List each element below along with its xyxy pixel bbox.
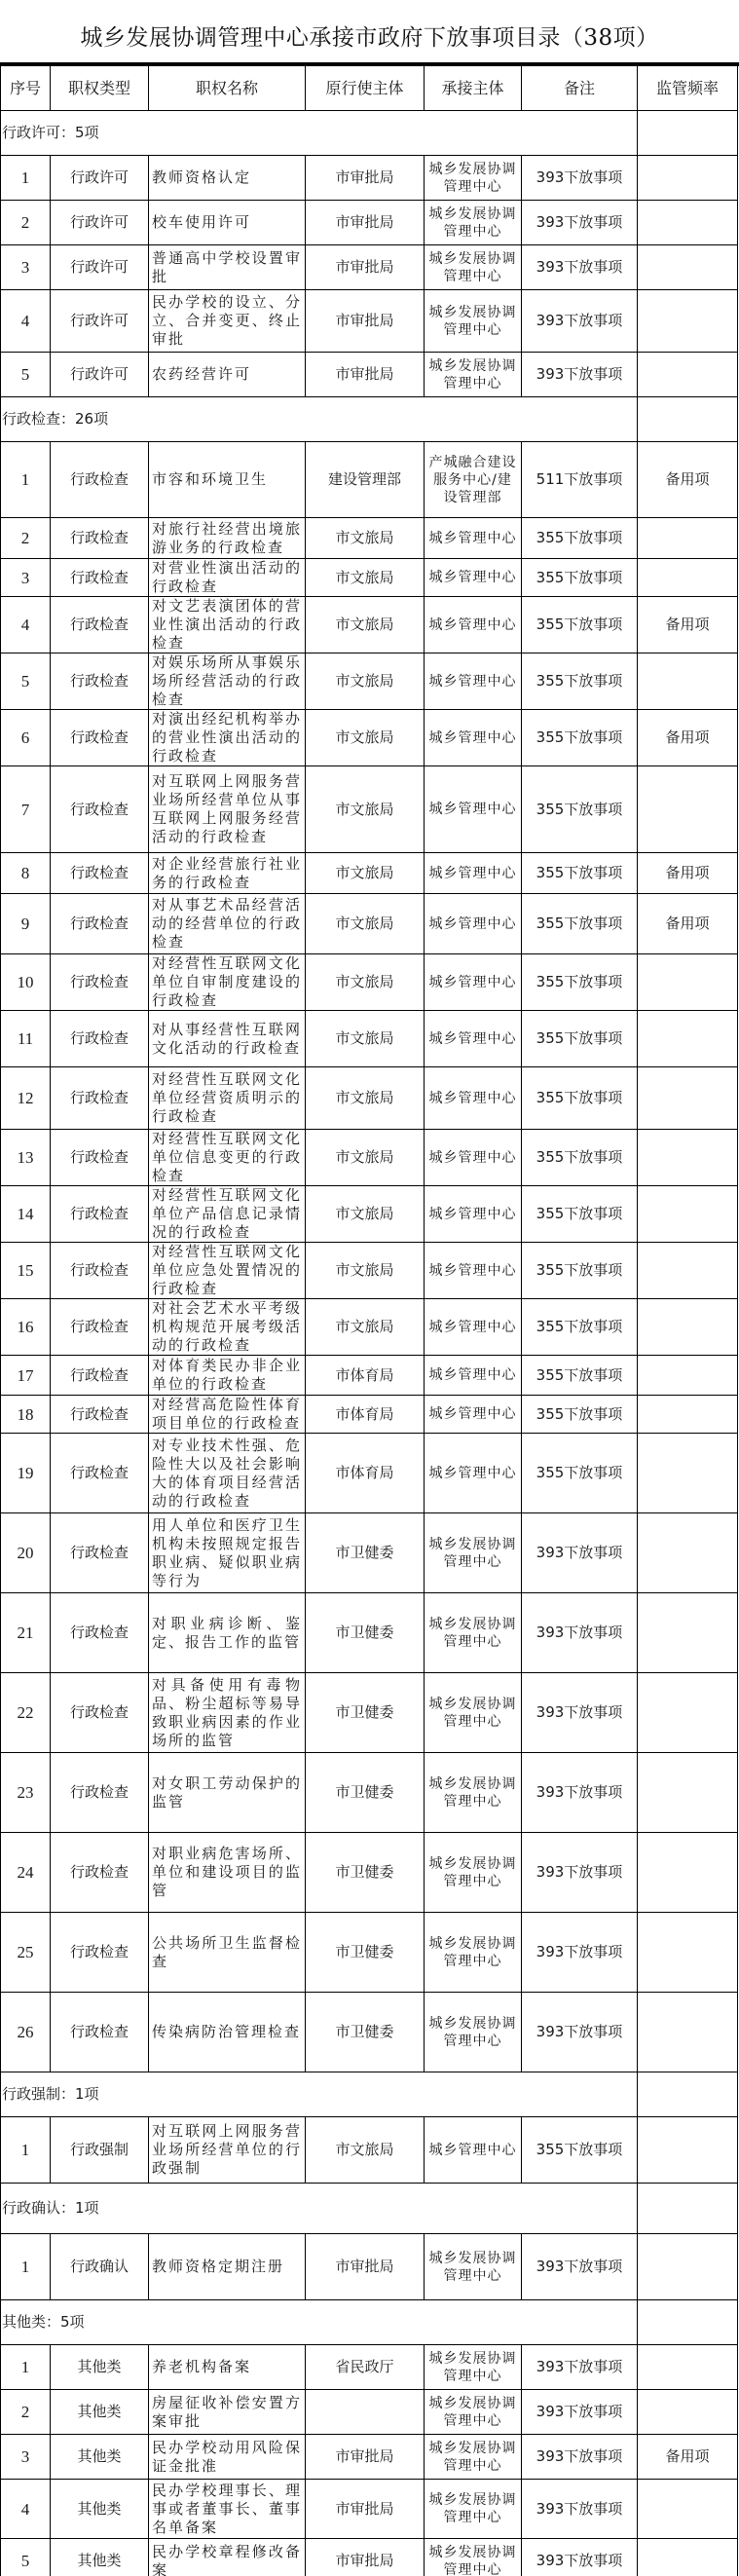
cell-frequency <box>638 2539 738 2576</box>
cell-frequency <box>638 1243 738 1299</box>
table-row: 4行政检查对文艺表演团体的营业性演出活动的行政检查市文旅局城乡管理中心355下放… <box>1 597 738 653</box>
cell-original: 市审批局 <box>306 353 425 397</box>
cell-note: 355下放事项 <box>522 1067 638 1130</box>
table-row: 14行政检查对经营性互联网文化单位产品信息记录情况的行政检查市文旅局城乡管理中心… <box>1 1186 738 1243</box>
items-table: 序号 职权类型 职权名称 原行使主体 承接主体 备注 监管频率 行政许可：5项1… <box>0 65 738 2576</box>
cell-frequency <box>638 653 738 710</box>
cell-name: 民办学校章程修改备案 <box>149 2539 306 2576</box>
cell-note: 393下放事项 <box>522 1753 638 1833</box>
cell-note: 355下放事项 <box>522 1396 638 1434</box>
cell-name: 对经营性互联网文化单位应急处置情况的行政检查 <box>149 1243 306 1299</box>
cell-original: 市卫健委 <box>306 1913 425 1993</box>
table-row: 1行政确认教师资格定期注册市审批局城乡发展协调管理中心393下放事项 <box>1 2234 738 2300</box>
table-row: 1其他类养老机构备案省民政厅城乡发展协调管理中心393下放事项 <box>1 2345 738 2390</box>
cell-type: 行政许可 <box>51 353 149 397</box>
cell-original: 市卫健委 <box>306 1513 425 1593</box>
cell-seq: 2 <box>1 201 51 245</box>
cell-name: 对企业经营旅行社业务的行政检查 <box>149 853 306 894</box>
cell-type: 行政检查 <box>51 597 149 653</box>
cell-type: 行政许可 <box>51 201 149 245</box>
cell-frequency <box>638 2345 738 2390</box>
header-seq: 序号 <box>1 66 51 111</box>
cell-seq: 10 <box>1 954 51 1011</box>
cell-type: 行政检查 <box>51 1434 149 1513</box>
cell-receiver: 城乡发展协调管理中心 <box>425 1513 522 1593</box>
section-label: 行政许可：5项 <box>1 111 638 156</box>
cell-receiver: 城乡管理中心 <box>425 1243 522 1299</box>
cell-receiver: 城乡管理中心 <box>425 653 522 710</box>
header-name: 职权名称 <box>149 66 306 111</box>
cell-name: 对经营性互联网文化单位经营资质明示的行政检查 <box>149 1067 306 1130</box>
cell-frequency <box>638 1673 738 1753</box>
cell-type: 行政许可 <box>51 290 149 353</box>
cell-type: 行政检查 <box>51 1130 149 1186</box>
table-row: 21行政检查对职业病诊断、鉴定、报告工作的监管市卫健委城乡发展协调管理中心393… <box>1 1593 738 1673</box>
cell-name: 对职业病危害场所、单位和建设项目的监管 <box>149 1833 306 1913</box>
cell-frequency <box>638 2117 738 2184</box>
cell-seq: 4 <box>1 290 51 353</box>
cell-name: 对旅行社经营出境旅游业务的行政检查 <box>149 518 306 559</box>
cell-seq: 15 <box>1 1243 51 1299</box>
cell-note: 393下放事项 <box>522 2435 638 2480</box>
section-row: 行政确认：1项 <box>1 2184 738 2234</box>
cell-receiver: 城乡管理中心 <box>425 1011 522 1067</box>
cell-note: 393下放事项 <box>522 2539 638 2576</box>
section-label: 行政确认：1项 <box>1 2184 638 2234</box>
cell-note: 355下放事项 <box>522 894 638 954</box>
cell-original: 市文旅局 <box>306 1243 425 1299</box>
cell-receiver: 城乡发展协调管理中心 <box>425 2234 522 2300</box>
table-row: 4其他类民办学校理事长、理事或者董事长、董事名单备案市审批局城乡发展协调管理中心… <box>1 2480 738 2539</box>
cell-seq: 25 <box>1 1913 51 1993</box>
cell-seq: 9 <box>1 894 51 954</box>
cell-name: 民办学校理事长、理事或者董事长、董事名单备案 <box>149 2480 306 2539</box>
cell-type: 其他类 <box>51 2539 149 2576</box>
cell-note: 355下放事项 <box>522 766 638 853</box>
table-header-row: 序号 职权类型 职权名称 原行使主体 承接主体 备注 监管频率 <box>1 66 738 111</box>
cell-seq: 8 <box>1 853 51 894</box>
section-frequency-cell <box>638 2072 738 2117</box>
cell-frequency <box>638 766 738 853</box>
cell-frequency <box>638 518 738 559</box>
cell-name: 对互联网上网服务营业场所经营单位从事互联网上网服务经营活动的行政检查 <box>149 766 306 853</box>
table-row: 1行政许可教师资格认定市审批局城乡发展协调管理中心393下放事项 <box>1 156 738 201</box>
table-row: 12行政检查对经营性互联网文化单位经营资质明示的行政检查市文旅局城乡管理中心35… <box>1 1067 738 1130</box>
table-row: 15行政检查对经营性互联网文化单位应急处置情况的行政检查市文旅局城乡管理中心35… <box>1 1243 738 1299</box>
cell-original: 市审批局 <box>306 2435 425 2480</box>
cell-type: 行政检查 <box>51 766 149 853</box>
cell-receiver: 城乡发展协调管理中心 <box>425 353 522 397</box>
cell-original: 市体育局 <box>306 1396 425 1434</box>
cell-frequency <box>638 1913 738 1993</box>
cell-receiver: 城乡管理中心 <box>425 954 522 1011</box>
cell-receiver: 城乡发展协调管理中心 <box>425 2390 522 2435</box>
cell-frequency <box>638 1434 738 1513</box>
section-row: 其他类：5项 <box>1 2300 738 2345</box>
cell-type: 行政检查 <box>51 1356 149 1396</box>
cell-seq: 23 <box>1 1753 51 1833</box>
cell-type: 行政检查 <box>51 1299 149 1356</box>
cell-receiver: 城乡发展协调管理中心 <box>425 245 522 290</box>
cell-name: 对经营性互联网文化单位产品信息记录情况的行政检查 <box>149 1186 306 1243</box>
cell-note: 393下放事项 <box>522 2345 638 2390</box>
cell-note: 511下放事项 <box>522 442 638 518</box>
cell-frequency: 备用项 <box>638 2435 738 2480</box>
cell-receiver: 城乡发展协调管理中心 <box>425 2480 522 2539</box>
cell-receiver: 城乡管理中心 <box>425 1186 522 1243</box>
cell-note: 393下放事项 <box>522 1833 638 1913</box>
table-row: 2行政许可校车使用许可市审批局城乡发展协调管理中心393下放事项 <box>1 201 738 245</box>
cell-original: 市文旅局 <box>306 894 425 954</box>
cell-frequency <box>638 1396 738 1434</box>
cell-type: 其他类 <box>51 2345 149 2390</box>
cell-seq: 2 <box>1 2390 51 2435</box>
cell-receiver: 城乡管理中心 <box>425 766 522 853</box>
table-row: 7行政检查对互联网上网服务营业场所经营单位从事互联网上网服务经营活动的行政检查市… <box>1 766 738 853</box>
table-row: 6行政检查对演出经纪机构举办的营业性演出活动的行政检查市文旅局城乡管理中心355… <box>1 710 738 766</box>
cell-seq: 2 <box>1 518 51 559</box>
cell-name: 校车使用许可 <box>149 201 306 245</box>
cell-type: 行政检查 <box>51 518 149 559</box>
cell-type: 行政检查 <box>51 1243 149 1299</box>
cell-note: 355下放事项 <box>522 954 638 1011</box>
cell-type: 行政检查 <box>51 853 149 894</box>
cell-original: 市体育局 <box>306 1356 425 1396</box>
header-receiver: 承接主体 <box>425 66 522 111</box>
cell-type: 行政检查 <box>51 1513 149 1593</box>
cell-frequency <box>638 1993 738 2072</box>
cell-frequency <box>638 2480 738 2539</box>
cell-name: 养老机构备案 <box>149 2345 306 2390</box>
cell-type: 行政检查 <box>51 1396 149 1434</box>
table-row: 22行政检查对具备使用有毒物品、粉尘超标等易导致职业病因素的作业场所的监管市卫健… <box>1 1673 738 1753</box>
cell-name: 教师资格认定 <box>149 156 306 201</box>
cell-receiver: 城乡管理中心 <box>425 1299 522 1356</box>
cell-original: 市审批局 <box>306 2539 425 2576</box>
cell-original: 市文旅局 <box>306 1186 425 1243</box>
cell-seq: 20 <box>1 1513 51 1593</box>
header-original: 原行使主体 <box>306 66 425 111</box>
cell-type: 行政检查 <box>51 1753 149 1833</box>
cell-receiver: 城乡发展协调管理中心 <box>425 2435 522 2480</box>
page-title: 城乡发展协调管理中心承接市政府下放事项目录（38项） <box>0 0 739 62</box>
table-row: 9行政检查对从事艺术品经营活动的经营单位的行政检查市文旅局城乡管理中心355下放… <box>1 894 738 954</box>
table-row: 5行政检查对娱乐场所从事娱乐场所经营活动的行政检查市文旅局城乡管理中心355下放… <box>1 653 738 710</box>
cell-seq: 14 <box>1 1186 51 1243</box>
cell-seq: 3 <box>1 245 51 290</box>
cell-type: 其他类 <box>51 2435 149 2480</box>
cell-frequency <box>638 1513 738 1593</box>
cell-original: 市文旅局 <box>306 2117 425 2184</box>
cell-name: 对从事艺术品经营活动的经营单位的行政检查 <box>149 894 306 954</box>
cell-original: 省民政厅 <box>306 2345 425 2390</box>
cell-note: 393下放事项 <box>522 1993 638 2072</box>
cell-original: 市卫健委 <box>306 1593 425 1673</box>
cell-note: 355下放事项 <box>522 1186 638 1243</box>
cell-note: 355下放事项 <box>522 710 638 766</box>
cell-note: 393下放事项 <box>522 1913 638 1993</box>
cell-receiver: 城乡发展协调管理中心 <box>425 1993 522 2072</box>
cell-type: 行政检查 <box>51 1067 149 1130</box>
table-row: 3行政检查对营业性演出活动的行政检查市文旅局城乡管理中心355下放事项 <box>1 559 738 597</box>
cell-receiver: 城乡管理中心 <box>425 1356 522 1396</box>
cell-original: 市文旅局 <box>306 653 425 710</box>
cell-name: 对经营性互联网文化单位信息变更的行政检查 <box>149 1130 306 1186</box>
header-frequency: 监管频率 <box>638 66 738 111</box>
cell-original: 市文旅局 <box>306 1299 425 1356</box>
cell-original: 市卫健委 <box>306 1753 425 1833</box>
cell-receiver: 城乡管理中心 <box>425 710 522 766</box>
cell-seq: 1 <box>1 2234 51 2300</box>
header-type: 职权类型 <box>51 66 149 111</box>
cell-seq: 1 <box>1 442 51 518</box>
cell-type: 行政检查 <box>51 1833 149 1913</box>
cell-receiver: 城乡管理中心 <box>425 1434 522 1513</box>
cell-note: 393下放事项 <box>522 2234 638 2300</box>
table-row: 17行政检查对体育类民办非企业单位的行政检查市体育局城乡管理中心355下放事项 <box>1 1356 738 1396</box>
cell-note: 355下放事项 <box>522 1243 638 1299</box>
table-row: 16行政检查对社会艺术水平考级机构规范开展考级活动的行政检查市文旅局城乡管理中心… <box>1 1299 738 1356</box>
cell-name: 对具备使用有毒物品、粉尘超标等易导致职业病因素的作业场所的监管 <box>149 1673 306 1753</box>
cell-type: 行政检查 <box>51 954 149 1011</box>
cell-type: 其他类 <box>51 2480 149 2539</box>
cell-seq: 5 <box>1 353 51 397</box>
cell-name: 普通高中学校设置审批 <box>149 245 306 290</box>
cell-type: 行政许可 <box>51 156 149 201</box>
cell-name: 对专业技术性强、危险性大以及社会影响大的体育项目经营活动的行政检查 <box>149 1434 306 1513</box>
cell-frequency <box>638 1186 738 1243</box>
cell-name: 对经营高危险性体育项目单位的行政检查 <box>149 1396 306 1434</box>
table-row: 20行政检查用人单位和医疗卫生机构未按照规定报告职业病、疑似职业病等行为市卫健委… <box>1 1513 738 1593</box>
cell-original: 市卫健委 <box>306 1993 425 2072</box>
cell-note: 393下放事项 <box>522 201 638 245</box>
section-label: 其他类：5项 <box>1 2300 638 2345</box>
cell-seq: 19 <box>1 1434 51 1513</box>
section-row: 行政强制：1项 <box>1 2072 738 2117</box>
cell-receiver: 城乡管理中心 <box>425 1130 522 1186</box>
cell-name: 用人单位和医疗卫生机构未按照规定报告职业病、疑似职业病等行为 <box>149 1513 306 1593</box>
cell-note: 355下放事项 <box>522 1299 638 1356</box>
cell-original: 市文旅局 <box>306 766 425 853</box>
cell-seq: 1 <box>1 156 51 201</box>
cell-original: 市文旅局 <box>306 518 425 559</box>
cell-seq: 21 <box>1 1593 51 1673</box>
cell-note: 393下放事项 <box>522 353 638 397</box>
cell-receiver: 城乡发展协调管理中心 <box>425 1753 522 1833</box>
table-row: 18行政检查对经营高危险性体育项目单位的行政检查市体育局城乡管理中心355下放事… <box>1 1396 738 1434</box>
table-row: 3行政许可普通高中学校设置审批市审批局城乡发展协调管理中心393下放事项 <box>1 245 738 290</box>
cell-name: 对女职工劳动保护的监管 <box>149 1753 306 1833</box>
cell-note: 393下放事项 <box>522 156 638 201</box>
cell-note: 393下放事项 <box>522 2480 638 2539</box>
cell-receiver: 城乡管理中心 <box>425 518 522 559</box>
cell-frequency <box>638 2234 738 2300</box>
cell-receiver: 城乡发展协调管理中心 <box>425 2345 522 2390</box>
cell-seq: 4 <box>1 2480 51 2539</box>
cell-receiver: 城乡管理中心 <box>425 2117 522 2184</box>
cell-note: 393下放事项 <box>522 245 638 290</box>
cell-note: 393下放事项 <box>522 1513 638 1593</box>
cell-frequency: 备用项 <box>638 442 738 518</box>
cell-name: 农药经营许可 <box>149 353 306 397</box>
cell-seq: 5 <box>1 653 51 710</box>
cell-type: 行政检查 <box>51 1186 149 1243</box>
section-label: 行政检查：26项 <box>1 397 638 442</box>
cell-note: 355下放事项 <box>522 1130 638 1186</box>
cell-name: 对营业性演出活动的行政检查 <box>149 559 306 597</box>
cell-seq: 22 <box>1 1673 51 1753</box>
cell-frequency <box>638 1753 738 1833</box>
cell-type: 行政检查 <box>51 710 149 766</box>
cell-note: 355下放事项 <box>522 518 638 559</box>
cell-note: 393下放事项 <box>522 1673 638 1753</box>
cell-seq: 13 <box>1 1130 51 1186</box>
cell-name: 传染病防治管理检查 <box>149 1993 306 2072</box>
cell-frequency <box>638 1356 738 1396</box>
cell-type: 行政检查 <box>51 1011 149 1067</box>
table-row: 25行政检查公共场所卫生监督检查市卫健委城乡发展协调管理中心393下放事项 <box>1 1913 738 1993</box>
cell-type: 行政检查 <box>51 894 149 954</box>
cell-note: 355下放事项 <box>522 1356 638 1396</box>
cell-type: 行政强制 <box>51 2117 149 2184</box>
cell-type: 其他类 <box>51 2390 149 2435</box>
cell-frequency <box>638 156 738 201</box>
cell-note: 355下放事项 <box>522 2117 638 2184</box>
cell-type: 行政确认 <box>51 2234 149 2300</box>
cell-original: 市文旅局 <box>306 710 425 766</box>
cell-note: 393下放事项 <box>522 290 638 353</box>
cell-name: 教师资格定期注册 <box>149 2234 306 2300</box>
cell-frequency <box>638 1833 738 1913</box>
table-row: 10行政检查对经营性互联网文化单位自审制度建设的行政检查市文旅局城乡管理中心35… <box>1 954 738 1011</box>
cell-receiver: 城乡管理中心 <box>425 853 522 894</box>
table-row: 1行政强制对互联网上网服务营业场所经营单位的行政强制市文旅局城乡管理中心355下… <box>1 2117 738 2184</box>
cell-original: 市审批局 <box>306 2480 425 2539</box>
cell-name: 对文艺表演团体的营业性演出活动的行政检查 <box>149 597 306 653</box>
cell-note: 355下放事项 <box>522 1434 638 1513</box>
section-row: 行政检查：26项 <box>1 397 738 442</box>
cell-name: 对经营性互联网文化单位自审制度建设的行政检查 <box>149 954 306 1011</box>
cell-note: 355下放事项 <box>522 559 638 597</box>
cell-frequency <box>638 954 738 1011</box>
cell-frequency: 备用项 <box>638 853 738 894</box>
cell-frequency <box>638 290 738 353</box>
cell-name: 对职业病诊断、鉴定、报告工作的监管 <box>149 1593 306 1673</box>
section-frequency-cell <box>638 2184 738 2234</box>
table-row: 11行政检查对从事经营性互联网文化活动的行政检查市文旅局城乡管理中心355下放事… <box>1 1011 738 1067</box>
cell-original: 市文旅局 <box>306 1011 425 1067</box>
section-frequency-cell <box>638 111 738 156</box>
cell-receiver: 城乡发展协调管理中心 <box>425 1913 522 1993</box>
cell-note: 355下放事项 <box>522 1011 638 1067</box>
table-row: 2行政检查对旅行社经营出境旅游业务的行政检查市文旅局城乡管理中心355下放事项 <box>1 518 738 559</box>
section-row: 行政许可：5项 <box>1 111 738 156</box>
cell-frequency <box>638 1593 738 1673</box>
cell-frequency: 备用项 <box>638 597 738 653</box>
cell-seq: 26 <box>1 1993 51 2072</box>
cell-seq: 18 <box>1 1396 51 1434</box>
cell-seq: 4 <box>1 597 51 653</box>
cell-seq: 24 <box>1 1833 51 1913</box>
table-row: 23行政检查对女职工劳动保护的监管市卫健委城乡发展协调管理中心393下放事项 <box>1 1753 738 1833</box>
cell-frequency <box>638 2390 738 2435</box>
cell-original: 市审批局 <box>306 290 425 353</box>
cell-receiver: 产城融合建设服务中心/建设管理部 <box>425 442 522 518</box>
table-row: 13行政检查对经营性互联网文化单位信息变更的行政检查市文旅局城乡管理中心355下… <box>1 1130 738 1186</box>
cell-name: 对娱乐场所从事娱乐场所经营活动的行政检查 <box>149 653 306 710</box>
cell-frequency: 备用项 <box>638 710 738 766</box>
cell-receiver: 城乡发展协调管理中心 <box>425 156 522 201</box>
cell-frequency <box>638 559 738 597</box>
table-row: 4行政许可民办学校的设立、分立、合并变更、终止审批市审批局城乡发展协调管理中心3… <box>1 290 738 353</box>
cell-frequency <box>638 245 738 290</box>
cell-seq: 3 <box>1 2435 51 2480</box>
cell-seq: 11 <box>1 1011 51 1067</box>
cell-receiver: 城乡管理中心 <box>425 597 522 653</box>
cell-frequency <box>638 1299 738 1356</box>
cell-type: 行政检查 <box>51 1913 149 1993</box>
table-row: 5行政许可农药经营许可市审批局城乡发展协调管理中心393下放事项 <box>1 353 738 397</box>
cell-receiver: 城乡管理中心 <box>425 559 522 597</box>
table-row: 2其他类房屋征收补偿安置方案审批城乡发展协调管理中心393下放事项 <box>1 2390 738 2435</box>
cell-seq: 7 <box>1 766 51 853</box>
cell-original: 市体育局 <box>306 1434 425 1513</box>
cell-name: 对互联网上网服务营业场所经营单位的行政强制 <box>149 2117 306 2184</box>
cell-note: 355下放事项 <box>522 653 638 710</box>
cell-receiver: 城乡发展协调管理中心 <box>425 1593 522 1673</box>
cell-note: 355下放事项 <box>522 853 638 894</box>
cell-seq: 3 <box>1 559 51 597</box>
cell-type: 行政检查 <box>51 1993 149 2072</box>
cell-seq: 16 <box>1 1299 51 1356</box>
cell-seq: 1 <box>1 2345 51 2390</box>
cell-name: 民办学校动用风险保证金批准 <box>149 2435 306 2480</box>
cell-frequency <box>638 201 738 245</box>
section-frequency-cell <box>638 2300 738 2345</box>
cell-name: 房屋征收补偿安置方案审批 <box>149 2390 306 2435</box>
cell-frequency <box>638 1067 738 1130</box>
cell-type: 行政检查 <box>51 653 149 710</box>
cell-original: 市文旅局 <box>306 1130 425 1186</box>
cell-type: 行政检查 <box>51 559 149 597</box>
section-label: 行政强制：1项 <box>1 2072 638 2117</box>
cell-name: 对从事经营性互联网文化活动的行政检查 <box>149 1011 306 1067</box>
cell-receiver: 城乡发展协调管理中心 <box>425 201 522 245</box>
cell-name: 对体育类民办非企业单位的行政检查 <box>149 1356 306 1396</box>
cell-original: 市审批局 <box>306 245 425 290</box>
cell-receiver: 城乡发展协调管理中心 <box>425 290 522 353</box>
cell-name: 对社会艺术水平考级机构规范开展考级活动的行政检查 <box>149 1299 306 1356</box>
table-row: 5其他类民办学校章程修改备案市审批局城乡发展协调管理中心393下放事项 <box>1 2539 738 2576</box>
table-row: 19行政检查对专业技术性强、危险性大以及社会影响大的体育项目经营活动的行政检查市… <box>1 1434 738 1513</box>
cell-type: 行政许可 <box>51 245 149 290</box>
cell-seq: 1 <box>1 2117 51 2184</box>
cell-note: 393下放事项 <box>522 2390 638 2435</box>
cell-seq: 6 <box>1 710 51 766</box>
table-row: 24行政检查对职业病危害场所、单位和建设项目的监管市卫健委城乡发展协调管理中心3… <box>1 1833 738 1913</box>
cell-original: 市审批局 <box>306 156 425 201</box>
cell-name: 市容和环境卫生 <box>149 442 306 518</box>
cell-seq: 17 <box>1 1356 51 1396</box>
cell-name: 对演出经纪机构举办的营业性演出活动的行政检查 <box>149 710 306 766</box>
cell-receiver: 城乡发展协调管理中心 <box>425 1833 522 1913</box>
cell-original: 市文旅局 <box>306 1067 425 1130</box>
header-note: 备注 <box>522 66 638 111</box>
table-row: 8行政检查对企业经营旅行社业务的行政检查市文旅局城乡管理中心355下放事项备用项 <box>1 853 738 894</box>
cell-name: 公共场所卫生监督检查 <box>149 1913 306 1993</box>
cell-original: 市审批局 <box>306 2234 425 2300</box>
cell-note: 393下放事项 <box>522 1593 638 1673</box>
